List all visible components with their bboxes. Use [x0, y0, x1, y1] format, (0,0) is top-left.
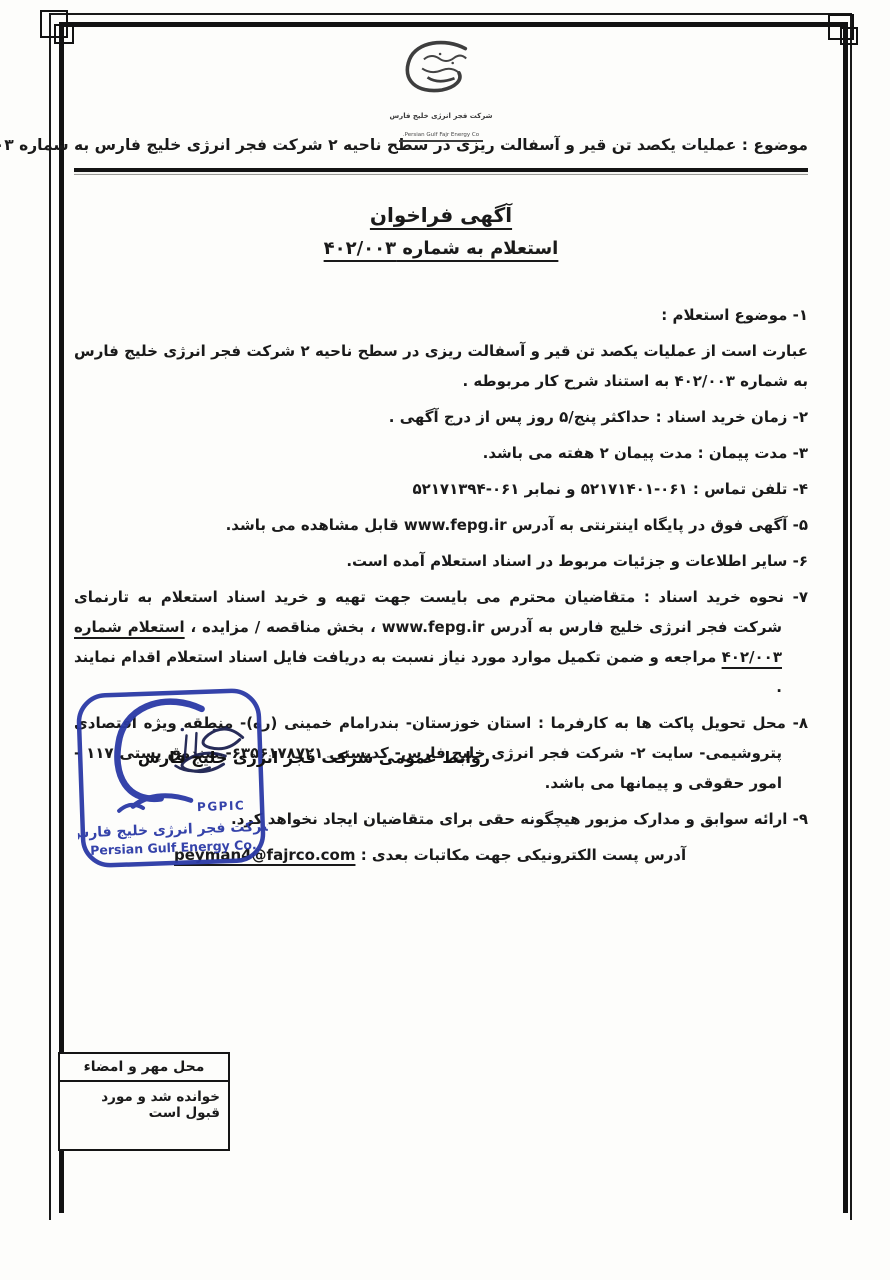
item-7-label: ۷- نحوه خرید اسناد : — [644, 588, 808, 606]
stamp-company-name-en: Persian Gulf Energy Co. — [90, 837, 257, 858]
item-4-text: ۰۶۱-۵۲۱۷۱۴۰۱ و نمابر ۰۶۱-۵۲۱۷۱۳۹۴ — [412, 480, 687, 498]
logo-caption-fa: شرکت فجر انرژی خلیج فارس — [74, 112, 808, 121]
stamp-pgpic-text: PGPIC — [197, 798, 246, 814]
scanned-tender-notice-page: شرکت فجر انرژی خلیج فارس Persian Gulf Fa… — [0, 0, 890, 1280]
item-6: ۶- سایر اطلاعات و جزئیات مربوط در اسناد … — [74, 546, 808, 576]
item-3-text: مدت پیمان ۲ هفته می باشد. — [483, 444, 693, 462]
title-block: آگهی فراخوان استعلام به شماره ۴۰۲/۰۰۳ — [74, 198, 808, 266]
item-4-label: ۴- تلفن تماس : — [693, 480, 808, 498]
email-label: آدرس پست الکترونیکی جهت مکاتبات بعدی : — [361, 846, 686, 864]
item-1: ۱- موضوع استعلام : — [74, 300, 808, 330]
notice-title: آگهی فراخوان — [74, 198, 808, 232]
signature-box: محل مهر و امضاء خوانده شد و مورد قبول اس… — [58, 1052, 230, 1151]
item-3-label: ۳- مدت پیمان : — [698, 444, 808, 462]
signature-box-header: محل مهر و امضاء — [60, 1054, 228, 1082]
item-4: ۴- تلفن تماس : ۰۶۱-۵۲۱۷۱۴۰۱ و نمابر ۰۶۱-… — [74, 474, 808, 504]
border-corner-ornament — [54, 24, 74, 44]
item-2-text: حداکثر پنج/۵ روز پس از درج آگهی . — [389, 408, 651, 426]
item-7: ۷- نحوه خرید اسناد : متقاضیان محترم می ب… — [74, 582, 808, 702]
item-1-label: ۱- موضوع استعلام : — [661, 306, 808, 324]
item-1-body: عبارت است از عملیات یکصد تن قیر و آسفالت… — [74, 336, 808, 396]
signature-box-note: خوانده شد و مورد قبول است — [60, 1082, 228, 1149]
item-2-label: ۲- زمان خرید اسناد : — [656, 408, 808, 426]
header-divider — [74, 168, 808, 172]
inquiry-number-title: استعلام به شماره ۴۰۲/۰۰۳ — [74, 232, 808, 266]
pr-signature-text: روابط عمومی شرکت فجر انرژی خلیج فارس — [112, 748, 490, 767]
item-3: ۳- مدت پیمان : مدت پیمان ۲ هفته می باشد. — [74, 438, 808, 468]
company-logo-icon — [356, 36, 526, 108]
item-5: ۵- آگهی فوق در پایگاه اینترنتی به آدرس w… — [74, 510, 808, 540]
letterhead: شرکت فجر انرژی خلیج فارس Persian Gulf Fa… — [74, 36, 808, 132]
item-8-label: ۸- محل تحویل پاکت ها به کارفرما : — [538, 714, 808, 732]
company-stamp: PGPIC شرکت فجر انرژی خلیج فارس Persian G… — [73, 685, 269, 872]
logo-caption-en: Persian Gulf Fajr Energy Co. — [399, 132, 483, 142]
border-corner-ornament — [840, 27, 858, 45]
item-2: ۲- زمان خرید اسناد : حداکثر پنج/۵ روز پس… — [74, 402, 808, 432]
